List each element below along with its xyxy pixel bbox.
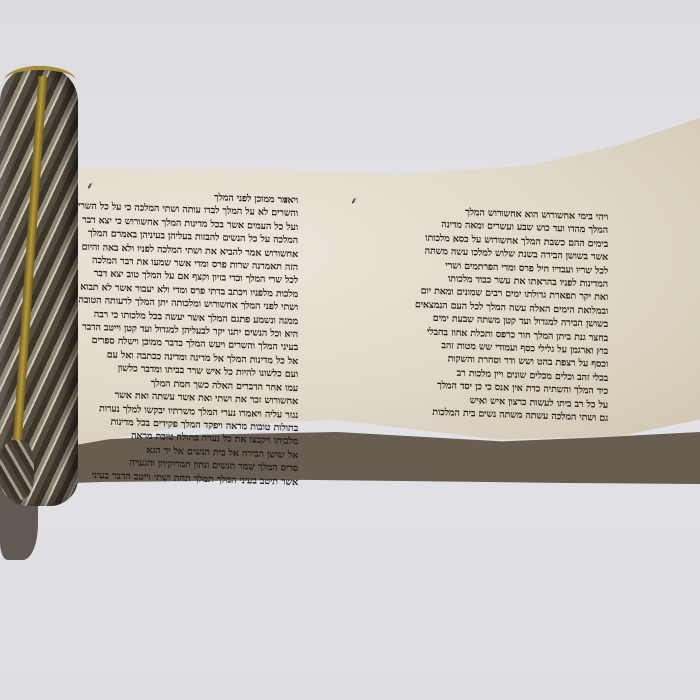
text-column-right: ויהי בימי אחשורוש הוא אחשורוש המלך המלך … <box>322 201 608 425</box>
photo-scene: ⸙ ⸙ ⸙ ויאמר ממוכן לפני המלך והשרים לא על… <box>0 0 700 700</box>
case-cap <box>4 66 76 96</box>
text-column-left: ויאמר ממוכן לפני המלך והשרים לא על המלך … <box>60 186 298 489</box>
case-finial <box>0 440 34 500</box>
